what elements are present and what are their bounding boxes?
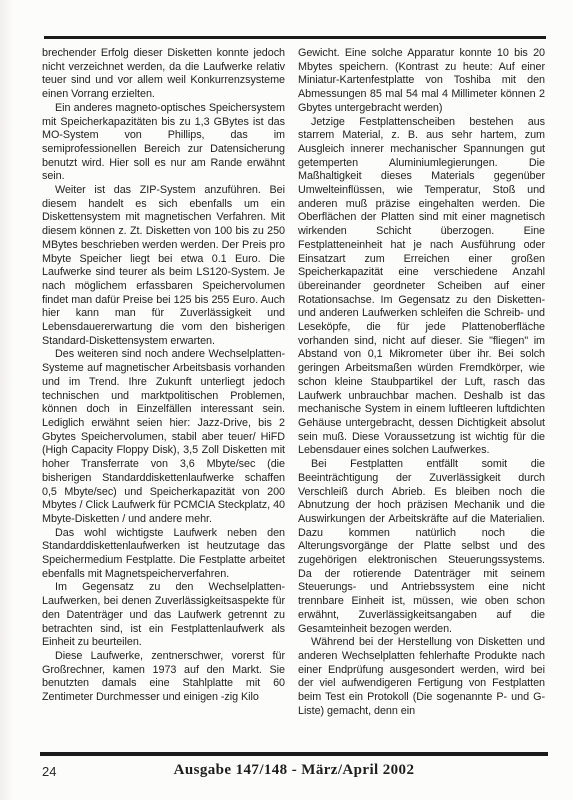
paragraph: Diese Laufwerke, zentnerschwer, vorerst … [42, 650, 285, 705]
footer-rule [40, 752, 548, 756]
issue-line: Ausgabe 147/148 - März/April 2002 [40, 762, 548, 779]
article-body: brechender Erfolg dieser Disketten konnt… [42, 47, 545, 737]
paragraph: Im Gegensatz zu den Wechselplatten-Laufw… [42, 581, 285, 650]
footer: 24 Ausgabe 147/148 - März/April 2002 [40, 762, 548, 788]
paragraph: Des weiteren sind noch andere Wechselpla… [42, 348, 285, 526]
top-rule [44, 36, 546, 39]
paragraph: Bei Festplatten entfällt somit die Beein… [298, 458, 545, 636]
text-column-right: Gewicht. Eine solche Apparatur konnte 10… [298, 47, 545, 737]
paragraph: Gewicht. Eine solche Apparatur konnte 10… [298, 47, 545, 116]
scanned-document-page: brechender Erfolg dieser Disketten konnt… [0, 0, 573, 800]
paragraph: Das wohl wichtigste Laufwerk neben den S… [42, 527, 285, 582]
paragraph: Weiter ist das ZIP-System anzuführen. Be… [42, 184, 285, 348]
paragraph: Ein anderes magneto-optisches Speichersy… [42, 102, 285, 184]
paragraph: Jetzige Festplattenscheiben bestehen aus… [298, 116, 545, 459]
text-column-left: brechender Erfolg dieser Disketten konnt… [42, 47, 285, 737]
paragraph: Während bei der Herstellung von Diskette… [298, 636, 545, 718]
paragraph: brechender Erfolg dieser Disketten konnt… [42, 47, 285, 102]
